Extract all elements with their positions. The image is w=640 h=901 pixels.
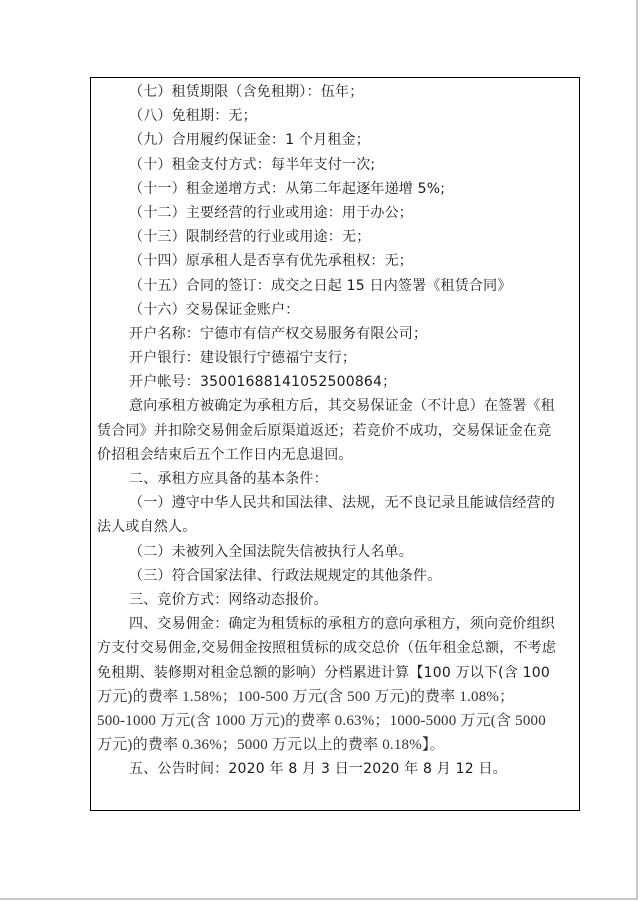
term-value: 无； xyxy=(342,229,370,245)
section-2-title: 二、承租方应具备的基本条件： xyxy=(97,467,577,491)
section-4-line-3: 免租期、装修期对租金总额的影响）分档累进计算【100 万以下(含 100 xyxy=(97,661,577,685)
term-value: 伍年； xyxy=(321,84,364,100)
account-name: 开户名称：宁德市有信产权交易服务有限公司； xyxy=(97,322,577,346)
term-label: （十五）合同的签订： xyxy=(129,278,271,294)
term-label: （十一）租金递增方式： xyxy=(129,181,285,197)
deposit-note-line-1: 意向承租方被确定为承租方后，其交易保证金（不计息）在签署《租 xyxy=(97,394,577,418)
term-label: （九）合用履约保证金： xyxy=(129,132,285,148)
section-2-item-2: （二）未被列入全国法院失信被执行人名单。 xyxy=(97,540,577,564)
section-3-value: 网络动态报价。 xyxy=(228,592,327,608)
lease-term-16: （十六）交易保证金账户： xyxy=(97,298,577,322)
document-body: （七）租赁期限（含免租期）：伍年； （八）免租期：无； （九）合用履约保证金：1… xyxy=(97,80,577,781)
section-2-item-1-line-1: （一）遵守中华人民共和国法律、法规，无不良记录且能诚信经营的 xyxy=(97,491,577,515)
section-5: 五、公告时间：2020 年 8 月 3 日一2020 年 8 月 12 日。 xyxy=(97,757,577,781)
term-label: （十）租金支付方式： xyxy=(129,157,271,173)
term-label: （十三）限制经营的行业或用途： xyxy=(129,229,342,245)
term-value: 成交之日起 15 日内签署《租赁合同》 xyxy=(271,278,512,294)
term-label: （八）免租期： xyxy=(129,108,228,124)
section-4-line-4: 万元)的费率 1.58%；100-500 万元(含 500 万元)的费率 1.0… xyxy=(97,685,577,709)
lease-term-15: （十五）合同的签订：成交之日起 15 日内签署《租赁合同》 xyxy=(97,274,577,298)
term-value: 无； xyxy=(385,253,413,269)
section-3: 三、竞价方式：网络动态报价。 xyxy=(97,588,577,612)
term-value: 无； xyxy=(228,108,256,124)
section-5-title: 五、公告时间： xyxy=(129,761,228,777)
section-4-line-1: 四、交易佣金：确定为租赁标的承租方的意向承租方，须向竞价组织 xyxy=(97,612,577,636)
lease-term-7: （七）租赁期限（含免租期）：伍年； xyxy=(97,80,577,104)
account-bank-value: 建设银行宁德福宁支行； xyxy=(200,350,356,366)
section-4-line-2: 方支付交易佣金,交易佣金按照租赁标的成交总价（伍年租金总额，不考虑 xyxy=(97,636,577,660)
document-page: （七）租赁期限（含免租期）：伍年； （八）免租期：无； （九）合用履约保证金：1… xyxy=(0,0,638,900)
account-number-value: 35001688141052500864； xyxy=(200,374,396,390)
lease-term-8: （八）免租期：无； xyxy=(97,104,577,128)
term-value: 1 个月租金； xyxy=(285,132,370,148)
deposit-note-line-3: 价招租会结束后五个工作日内无息退回。 xyxy=(97,443,577,467)
deposit-note-line-2: 赁合同》并扣除交易佣金后原渠道返还；若竞价不成功，交易保证金在竞 xyxy=(97,419,577,443)
lease-term-12: （十二）主要经营的行业或用途：用于办公； xyxy=(97,201,577,225)
account-bank-label: 开户银行： xyxy=(129,350,200,366)
lease-term-14: （十四）原承租人是否享有优先承租权：无； xyxy=(97,249,577,273)
account-number: 开户帐号：35001688141052500864； xyxy=(97,370,577,394)
term-value: 每半年支付一次; xyxy=(271,157,375,173)
term-value: 用于办公； xyxy=(342,205,413,221)
lease-term-13: （十三）限制经营的行业或用途：无； xyxy=(97,225,577,249)
lease-term-10: （十）租金支付方式：每半年支付一次; xyxy=(97,153,577,177)
section-4-line-6: 万元)的费率 0.36%；5000 万元以上的费率 0.18%】。 xyxy=(97,733,577,757)
section-5-value: 2020 年 8 月 3 日一2020 年 8 月 12 日。 xyxy=(228,761,507,777)
account-number-label: 开户帐号： xyxy=(129,374,200,390)
term-label: （七）租赁期限（含免租期）： xyxy=(129,84,321,100)
lease-term-9: （九）合用履约保证金：1 个月租金； xyxy=(97,128,577,152)
section-2-item-3: （三）符合国家法律、行政法规规定的其他条件。 xyxy=(97,564,577,588)
lease-term-11: （十一）租金递增方式：从第二年起逐年递增 5%; xyxy=(97,177,577,201)
account-name-value: 宁德市有信产权交易服务有限公司； xyxy=(200,326,427,342)
term-value: 从第二年起逐年递增 5%; xyxy=(285,181,445,197)
account-name-label: 开户名称： xyxy=(129,326,200,342)
section-4-line-5: 500-1000 万元(含 1000 万元)的费率 0.63%；1000-500… xyxy=(97,709,577,733)
term-label: （十二）主要经营的行业或用途： xyxy=(129,205,342,221)
term-label: （十六）交易保证金账户： xyxy=(129,302,299,318)
account-bank: 开户银行：建设银行宁德福宁支行； xyxy=(97,346,577,370)
section-2-item-1-line-2: 法人或自然人。 xyxy=(97,515,577,539)
term-label: （十四）原承租人是否享有优先承租权： xyxy=(129,253,385,269)
section-3-title: 三、竞价方式： xyxy=(129,592,228,608)
